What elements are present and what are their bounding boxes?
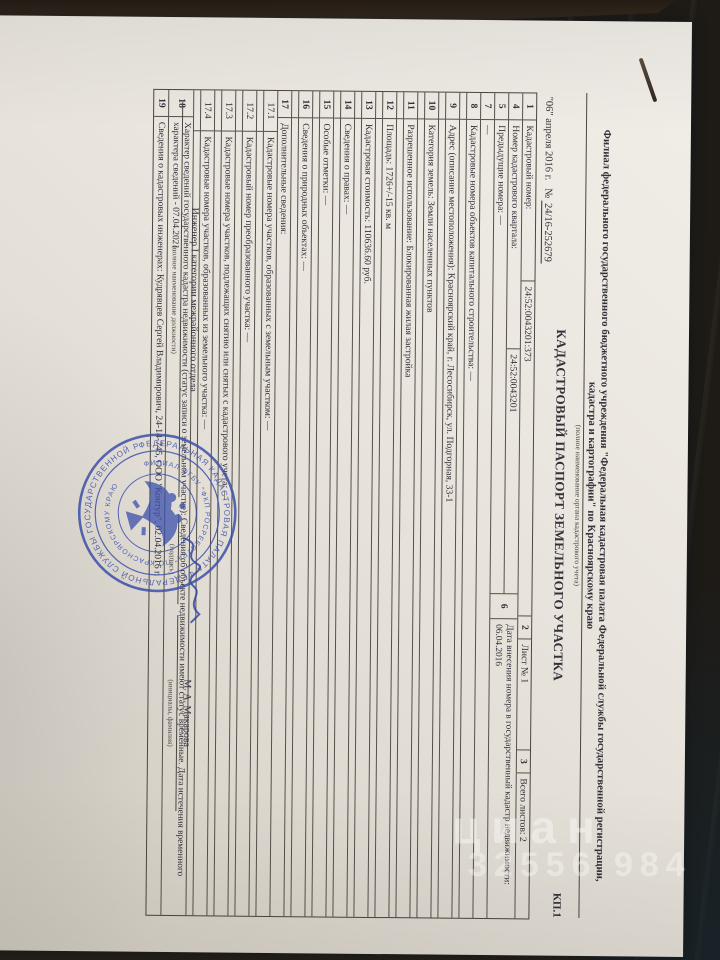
date-and-number: "06" апреля 2016 г. № 24/16-252679 (542, 97, 555, 264)
row-number: 3 (517, 749, 530, 773)
row-number: 18 (169, 90, 193, 117)
issue-date: "06" апреля 2016 г. (542, 97, 554, 181)
row-label: Кадастровый номер: (522, 120, 536, 280)
row-number: 11 (404, 92, 417, 119)
row-number: 1 (523, 93, 536, 120)
row-number: 4 (509, 93, 522, 120)
form-code: КП.1 (550, 893, 562, 918)
document-header: Филиал федерального государственного бюд… (569, 93, 691, 919)
row-number: 19 (154, 90, 168, 117)
issuer-line-1: Филиал федерального государственного бюд… (593, 93, 691, 919)
number-label: № (542, 188, 553, 198)
row-number: 17.1 (264, 91, 277, 132)
title-band: КАДАСТРОВЫЙ ПАСПОРТ ЗЕМЕЛЬНОГО УЧАСТКА К… (529, 93, 571, 918)
row-number: 15 (320, 91, 333, 118)
document-number: 24/16-252679 (541, 201, 554, 264)
row-number: 17 (278, 91, 291, 118)
row-number: 2 (518, 615, 531, 639)
row-number: 14 (341, 92, 354, 119)
row-number: 17.4 (201, 90, 214, 131)
row-value: 24:52:0043201 (505, 348, 520, 593)
cadastral-table: 1 Кадастровый номер: 24:52:0043201:373 2… (145, 89, 537, 920)
row-number: 17.3 (222, 90, 235, 131)
row-label: Лист № 1 (518, 639, 531, 749)
row-label: Номер кадастрового квартала: (507, 120, 521, 348)
row-number: 12 (383, 92, 396, 119)
row-number: 13 (362, 92, 375, 119)
row-number: 7 (481, 93, 494, 120)
watermark-number: 32556 984 (468, 846, 692, 885)
row-number: 16 (299, 91, 312, 118)
row-number: 5 (495, 93, 508, 120)
row-number: 10 (425, 92, 438, 119)
row-number: 17.2 (243, 91, 256, 132)
row-number: 9 (446, 93, 459, 120)
row-number: 6 (490, 594, 517, 619)
row-number: 8 (467, 93, 480, 120)
